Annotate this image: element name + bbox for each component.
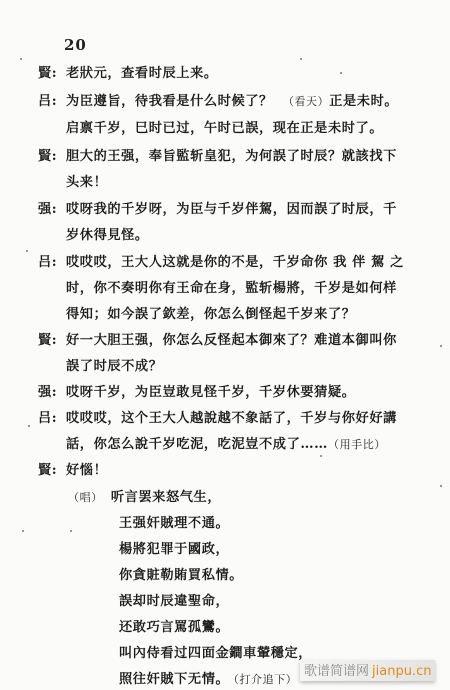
- speaker-label: 賢:: [38, 463, 66, 479]
- dialogue-line: 話，你怎么說千岁吃泥，吃泥豈不成了……（用手比）: [66, 437, 386, 453]
- speaker-label: 强:: [38, 385, 66, 401]
- dialogue-text: 时，你不奏明你有王命在身，監斩楊將，千岁是如何样: [66, 281, 397, 296]
- dialogue-text: 胆大的王强，奉旨監斩皇犯，为何誤了时辰？就該找下: [66, 149, 397, 164]
- dialogue-line: 誤了时辰不成？: [66, 359, 163, 375]
- scan-speck: [300, 58, 302, 60]
- song-line: 你貪賍勒賄買私情。: [119, 568, 243, 584]
- dialogue-text: 好一大胆王强，你怎么反怪起本御來了？难道本御叫你: [66, 333, 397, 348]
- song-line: 还敢巧言罵孤鸞。: [119, 620, 229, 636]
- lyric-text: 照往奸賊下无情。: [119, 672, 229, 687]
- dialogue-line: 强:哎呀我的千岁呀，为臣与千岁伴駕，因而誤了时辰，千: [38, 202, 397, 218]
- dialogue-text: 头来！: [66, 175, 107, 190]
- dialogue-line: 岁休得見怪。: [66, 228, 149, 244]
- lyric-text: 听言罢来怒气生，: [111, 490, 221, 505]
- dialogue-line: 得知；如今誤了欽差，你怎么倒怪起千岁来了？: [66, 307, 356, 323]
- song-line: 楊將犯罪于國政，: [119, 542, 229, 558]
- dialogue-line: 賢:好一大胆王强，你怎么反怪起本御來了？难道本御叫你: [38, 333, 397, 349]
- stage-direction: （打介追下）: [233, 673, 297, 686]
- speaker-label: 吕:: [38, 411, 66, 427]
- lyric-text: 你貪賍勒賄買私情。: [119, 568, 243, 583]
- dialogue-line: 吕:为臣遵旨，待我看是什么时候了？（看天）正是未时。: [38, 94, 398, 110]
- dialogue-text: 得知；如今誤了欽差，你怎么倒怪起千岁来了？: [66, 307, 356, 322]
- dialogue-text: 誤了时辰不成？: [66, 359, 163, 374]
- scanned-page: 20 賢:老狀元，查看时辰上来。 吕:为臣遵旨，待我看是什么时候了？（看天）正是…: [0, 0, 450, 690]
- scan-speck: [440, 485, 442, 487]
- scan-speck: [440, 345, 442, 347]
- dialogue-line: 启禀千岁，巳时已过，午时已誤，现在正是未时了。: [66, 121, 383, 137]
- lyric-text: 还敢巧言罵孤鸞。: [119, 620, 229, 635]
- speaker-label: 賢:: [38, 333, 66, 349]
- page-number: 20: [64, 36, 87, 54]
- speaker-label: 賢:: [38, 149, 66, 165]
- song-line: 照往奸賊下无情。（打介追下）: [119, 672, 297, 688]
- dialogue-text: 启禀千岁，巳时已过，午时已誤，现在正是未时了。: [66, 121, 383, 136]
- dialogue-text: 哎哎哎，这个王大人越說越不象話了，千岁与你好好講: [66, 411, 397, 426]
- scan-speck: [340, 72, 342, 74]
- sing-marker: （唱）: [68, 491, 103, 504]
- stage-direction: （用手比）: [328, 438, 386, 451]
- scan-speck: [320, 455, 322, 457]
- dialogue-text: 哎哎哎，王大人这就是你的不是，千岁命你 我 伴 駕 之: [66, 255, 404, 270]
- watermark-url: jianpu.cn: [372, 664, 431, 679]
- speaker-label: 吕:: [38, 94, 66, 110]
- scan-speck: [22, 530, 24, 532]
- dialogue-line: 吕:哎哎哎，这个王大人越說越不象話了，千岁与你好好講: [38, 411, 397, 427]
- song-line: 誤却时辰違聖命，: [119, 594, 229, 610]
- speaker-label: 强:: [38, 202, 66, 218]
- scan-speck: [26, 250, 28, 252]
- dialogue-line: 賢:胆大的王强，奉旨監斩皇犯，为何誤了时辰？就該找下: [38, 149, 397, 165]
- dialogue-text: 話，你怎么說千岁吃泥，吃泥豈不成了……: [66, 437, 328, 452]
- dialogue-text: 为臣遵旨，待我看是什么时候了？: [66, 94, 273, 109]
- dialogue-line: 吕:哎哎哎，王大人这就是你的不是，千岁命你 我 伴 駕 之: [38, 255, 404, 271]
- watermark-text: 歌谱简谱网: [304, 664, 369, 679]
- dialogue-line: 头来！: [66, 175, 107, 191]
- dialogue-text: 岁休得見怪。: [66, 228, 149, 243]
- scan-speck: [20, 58, 22, 60]
- speaker-label: 吕:: [38, 255, 66, 271]
- song-line: （唱）听言罢来怒气生，: [68, 490, 221, 506]
- dialogue-line: 时，你不奏明你有王命在身，監斩楊將，千岁是如何样: [66, 281, 397, 297]
- dialogue-line: 强:哎呀千岁，为臣豈敢見怪千岁，千岁休要猜疑。: [38, 385, 356, 401]
- dialogue-text: 哎呀千岁，为臣豈敢見怪千岁，千岁休要猜疑。: [66, 385, 356, 400]
- lyric-text: 王强奸賊理不通。: [119, 516, 229, 531]
- scan-speck: [28, 425, 30, 427]
- dialogue-text-continued: 正是未时。: [329, 94, 398, 109]
- watermark: 歌谱简谱网jianpu.cn: [300, 660, 435, 681]
- dialogue-line: 賢:老狀元，查看时辰上来。: [38, 66, 218, 82]
- lyric-text: 誤却时辰違聖命，: [119, 594, 229, 609]
- dialogue-line: 賢:好惱！: [38, 463, 107, 479]
- scan-speck: [70, 530, 72, 532]
- song-line: 王强奸賊理不通。: [119, 516, 229, 532]
- lyric-text: 楊將犯罪于國政，: [119, 542, 229, 557]
- song-line: 叫內侍看过四面金鐧車輦穩定，: [119, 646, 312, 662]
- dialogue-text: 老狀元，查看时辰上来。: [66, 66, 218, 81]
- lyric-text: 叫內侍看过四面金鐧車輦穩定，: [119, 646, 312, 661]
- speaker-label: 賢:: [38, 66, 66, 82]
- dialogue-text: 哎呀我的千岁呀，为臣与千岁伴駕，因而誤了时辰，千: [66, 202, 397, 217]
- stage-direction: （看天）: [283, 95, 329, 108]
- dialogue-text: 好惱！: [66, 463, 107, 478]
